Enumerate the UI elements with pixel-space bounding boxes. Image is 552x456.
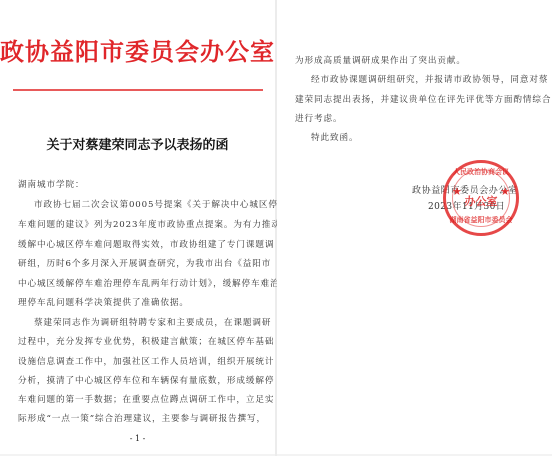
body-line: 设施信息调查工作中，加强社区工作人员培训，组织开展统计 [18, 353, 274, 373]
body-line: 中心城区缓解停车难治理停车乱两年行动计划》，缓解停车难治 [18, 275, 280, 295]
seal-bottom-text: 湖南省益阳市委员会 [446, 215, 516, 225]
document-title: 关于对蔡建荣同志予以表扬的函 [0, 134, 275, 153]
body-line: 蔡建荣同志作为调研组特聘专家和主要成员，在课题调研 [34, 314, 271, 334]
official-seal: 人民政治协商会议 ★ 办公室 ★ 湖南省益阳市委员会 [443, 160, 519, 236]
body-line: 建荣同志提出表扬，并建议贵单位在评先评优等方面酌情综合 [295, 91, 551, 111]
body-line: 经市政协课题调研组研究，并报请市政协领导，同意对蔡 [311, 71, 548, 91]
body-line: 市政协七届二次会议第0005号提案《关于解决中心城区停 [34, 196, 278, 216]
document-page-1: 政协益阳市委员会办公室 关于对蔡建荣同志予以表扬的函 湖南城市学院： 市政协七届… [0, 0, 275, 454]
document-page-2: 为形成高质量调研成果作出了突出贡献。 经市政协课题调研组研究，并报请市政协领导，… [277, 0, 552, 454]
letterhead: 政协益阳市委员会办公室 [0, 32, 275, 67]
closing-line: 特此致函。 [311, 129, 358, 149]
seal-top-text: 人民政治协商会议 [446, 167, 516, 177]
body-line: 研组，历时6个多月深入开展调查研究，为我市出台《益阳市 [18, 255, 271, 275]
body-line: 进行考虑。 [295, 110, 342, 130]
body-line: 车难问题的建议》列为2023年度市政协重点提案。为有力推动 [18, 216, 281, 236]
salutation: 湖南城市学院： [18, 176, 84, 196]
body-line: 车难问题的第一手数据；在重要点位蹲点调研工作中，立足实 [18, 391, 274, 411]
body-line: 际形成“一点一策”综合治理建议，主要参与调研报告撰写， [18, 410, 266, 430]
page-number: - 1 - [0, 434, 275, 443]
body-line: 过程中，充分发挥专业优势，积极建言献策；在城区停车基础 [18, 333, 274, 353]
star-icon: ★ [500, 185, 510, 198]
red-divider [13, 89, 263, 91]
body-line: 理停车乱问题科学决策提供了准确依据。 [18, 294, 189, 314]
body-line: 为形成高质量调研成果作出了突出贡献。 [295, 52, 466, 72]
body-line: 缓解中心城区停车难问题取得实效，市政协组建了专门课题调 [18, 236, 274, 256]
body-line: 分析，摸清了中心城区停车位和车辆保有量底数，形成缓解停 [18, 372, 274, 392]
